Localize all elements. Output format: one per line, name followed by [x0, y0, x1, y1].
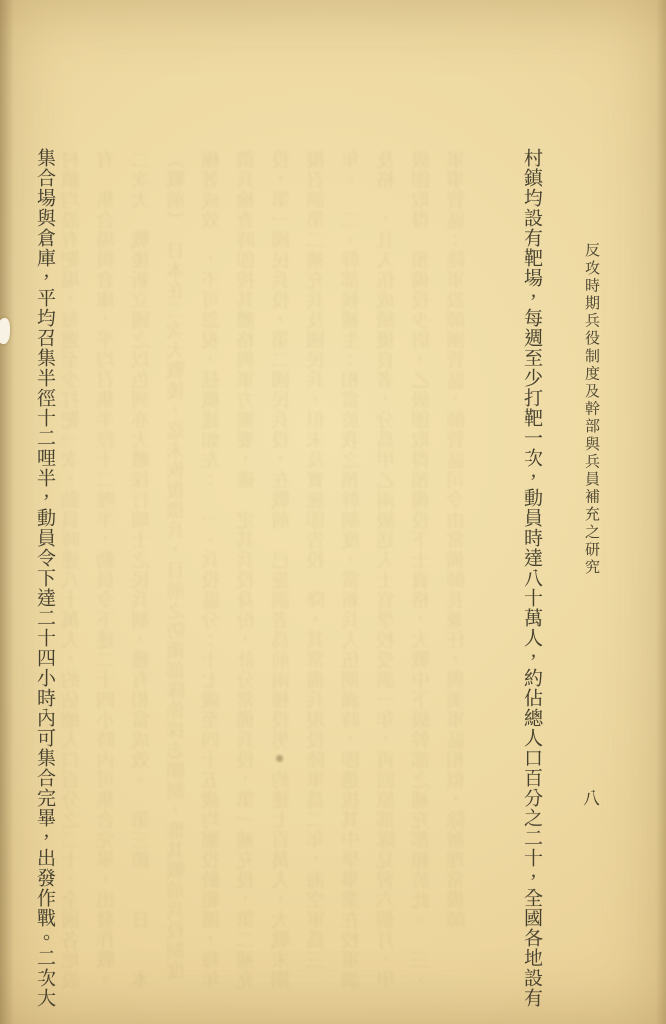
scanned-page: 村鎮均設有靶場，每週至少打靶一次，動員時達八十萬人，約佔總人口百分之二十，全國各… — [0, 0, 666, 1024]
running-head: 反攻時期兵役制度及幹部與兵員補充之研究 — [581, 242, 602, 576]
page-number: 八 — [583, 784, 600, 809]
ink-smudge — [276, 755, 283, 762]
text-column: 村鎮均設有靶場，每週至少打靶一次，動員時達八十萬人，約佔總人口百分之二十，全國各… — [61, 148, 548, 1010]
text-column: 集合場與倉庫，平均召集半徑十二哩半，動員令下達二十四小時內可集合完畢，出發作戰。… — [0, 148, 61, 1010]
page-body: 村鎮均設有靶場，每週至少打靶一次，動員時達八十萬人，約佔總人口百分之二十，全國各… — [61, 148, 548, 1010]
